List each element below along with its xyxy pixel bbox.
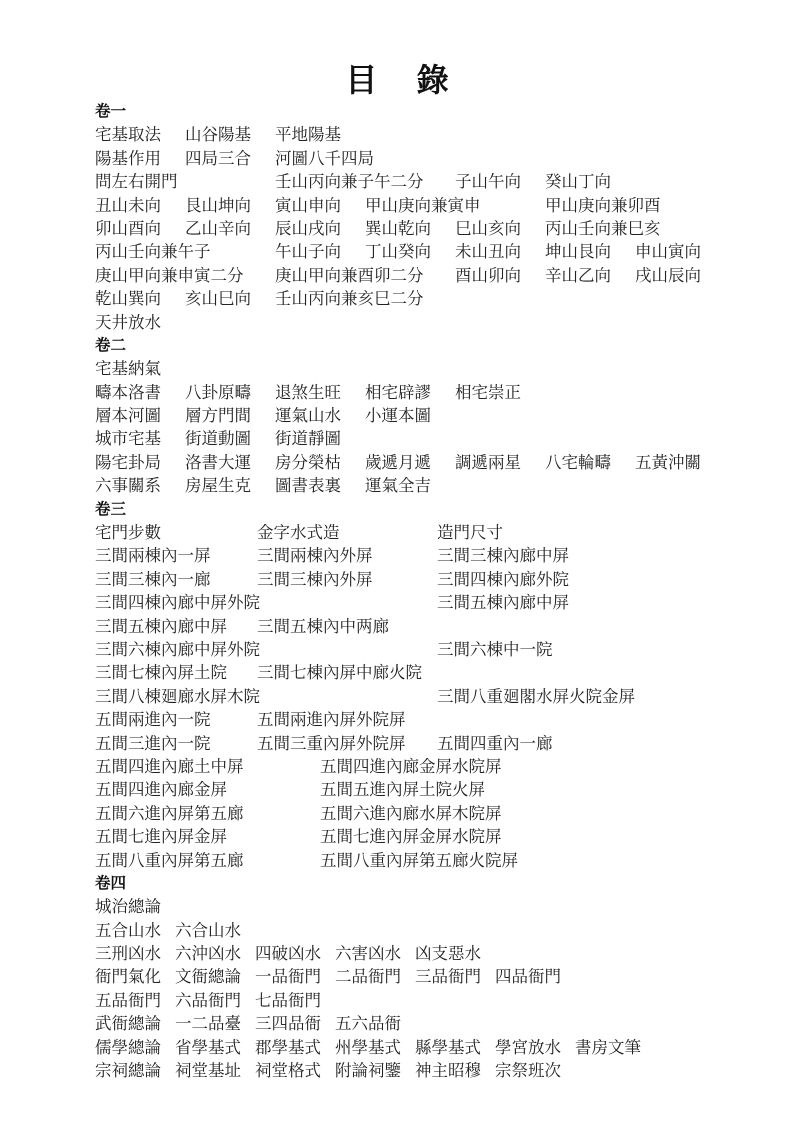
toc-entry: 五間四重內一廊 bbox=[437, 732, 553, 755]
toc-entry: 六沖凶水 bbox=[175, 942, 241, 965]
toc-line: 城市宅基街道動圖街道靜圖 bbox=[95, 427, 775, 450]
toc-entry: 相宅辟謬 bbox=[365, 381, 431, 404]
toc-entry: 亥山巳向 bbox=[185, 287, 251, 310]
toc-entry: 三間四棟內廊外院 bbox=[437, 568, 569, 591]
toc-entry: 六害凶水 bbox=[335, 942, 401, 965]
toc-entry: 六事關系 bbox=[95, 474, 161, 497]
toc-entry: 五間三進內一院 bbox=[95, 732, 211, 755]
toc-entry: 三四品衙 bbox=[255, 1012, 321, 1035]
toc-entry: 洛書大運 bbox=[185, 451, 251, 474]
toc-entry: 儒學總論 bbox=[95, 1036, 161, 1059]
toc-line: 陽宅卦局洛書大運房分榮枯歲遞月遞調遞兩星八宅輪疇五黃沖關 bbox=[95, 451, 775, 474]
toc-entry: 酉山卯向 bbox=[455, 264, 521, 287]
toc-line: 三間三棟內一廊三間三棟內外屏三間四棟內廊外院 bbox=[95, 568, 775, 591]
toc-entry: 宅門步數 bbox=[95, 521, 161, 544]
toc-line: 五間三進內一院五間三重內屏外院屏五間四重內一廊 bbox=[95, 732, 775, 755]
toc-entry: 八卦原疇 bbox=[185, 381, 251, 404]
toc-entry: 五間六進內廊水屏木院屏 bbox=[320, 802, 502, 825]
toc-entry: 三間五棟內廊中屏 bbox=[95, 615, 227, 638]
toc-line: 丑山未向艮山坤向寅山申向甲山庚向兼寅申甲山庚向兼卯酉 bbox=[95, 194, 775, 217]
toc-entry: 房屋生克 bbox=[185, 474, 251, 497]
toc-entry: 三間兩棟內外屏 bbox=[257, 544, 373, 567]
volume-heading: 卷四 bbox=[95, 872, 775, 895]
toc-entry: 造門尺寸 bbox=[437, 521, 503, 544]
toc-entry: 辛山乙向 bbox=[545, 264, 611, 287]
toc-entry: 申山寅向 bbox=[635, 240, 701, 263]
toc-entry: 卯山酉向 bbox=[95, 217, 161, 240]
volume-heading: 卷三 bbox=[95, 498, 775, 521]
toc-line: 武衙總論一二品臺三四品衙五六品衙 bbox=[95, 1012, 775, 1035]
toc-entry: 河圖八千四局 bbox=[275, 147, 374, 170]
toc-line: 五間兩進內一院五間兩進內屏外院屏 bbox=[95, 708, 775, 731]
toc-entry: 未山丑向 bbox=[455, 240, 521, 263]
toc-line: 五合山水六合山水 bbox=[95, 919, 775, 942]
toc-line: 丙山壬向兼午子午山子向丁山癸向未山丑向坤山艮向申山寅向 bbox=[95, 240, 775, 263]
toc-entry: 五間四進內廊金屏水院屏 bbox=[320, 755, 502, 778]
toc-entry: 四破凶水 bbox=[255, 942, 321, 965]
toc-entry: 庚山甲向兼酉卯二分 bbox=[275, 264, 424, 287]
toc-entry: 層本河圖 bbox=[95, 404, 161, 427]
toc-line: 宅基納氣 bbox=[95, 357, 775, 380]
toc-line: 乾山巽向亥山巳向壬山丙向兼亥巳二分 bbox=[95, 287, 775, 310]
toc-entry: 七品衙門 bbox=[255, 989, 321, 1012]
toc-entry: 山谷陽基 bbox=[185, 123, 251, 146]
toc-entry: 疇本洛書 bbox=[95, 381, 161, 404]
toc-entry: 天井放水 bbox=[95, 311, 161, 334]
toc-line: 三間八棟廻廊水屏木院三間八重廻閣水屏火院金屏 bbox=[95, 685, 775, 708]
toc-entry: 三間五棟內中两廊 bbox=[257, 615, 389, 638]
toc-entry: 五品衙門 bbox=[95, 989, 161, 1012]
toc-entry: 丁山癸向 bbox=[365, 240, 431, 263]
toc-entry: 五間四進內廊土中屏 bbox=[95, 755, 244, 778]
toc-line: 城治總論 bbox=[95, 895, 775, 918]
toc-entry: 巽山乾向 bbox=[365, 217, 431, 240]
page-title: 目 錄 bbox=[0, 58, 808, 102]
toc-entry: 丑山未向 bbox=[95, 194, 161, 217]
table-of-contents: 卷一宅基取法山谷陽基平地陽基陽基作用四局三合河圖八千四局問左右開門壬山丙向兼子午… bbox=[95, 100, 775, 1082]
toc-entry: 壬山丙向兼子午二分 bbox=[275, 170, 424, 193]
toc-entry: 三間三棟內外屏 bbox=[257, 568, 373, 591]
toc-entry: 衙門氣化 bbox=[95, 965, 161, 988]
toc-entry: 平地陽基 bbox=[275, 123, 341, 146]
toc-line: 衙門氣化文衙總論一品衙門二品衙門三品衙門四品衙門 bbox=[95, 965, 775, 988]
toc-entry: 相宅崇正 bbox=[455, 381, 521, 404]
toc-entry: 甲山庚向兼卯酉 bbox=[545, 194, 661, 217]
toc-entry: 乾山巽向 bbox=[95, 287, 161, 310]
toc-entry: 二品衙門 bbox=[335, 965, 401, 988]
toc-entry: 陽基作用 bbox=[95, 147, 161, 170]
toc-entry: 三間七棟內屏土院 bbox=[95, 661, 227, 684]
toc-line: 天井放水 bbox=[95, 311, 775, 334]
toc-entry: 三刑凶水 bbox=[95, 942, 161, 965]
toc-entry: 三間兩棟內一屏 bbox=[95, 544, 211, 567]
toc-entry: 書房文筆 bbox=[575, 1036, 641, 1059]
toc-entry: 神主昭穆 bbox=[415, 1059, 481, 1082]
toc-entry: 甲山庚向兼寅申 bbox=[365, 194, 481, 217]
toc-line: 三間六棟內廊中屏外院三間六棟中一院 bbox=[95, 638, 775, 661]
toc-entry: 五六品衙 bbox=[335, 1012, 401, 1035]
toc-entry: 運氣山水 bbox=[275, 404, 341, 427]
toc-line: 三間五棟內廊中屏三間五棟內中两廊 bbox=[95, 615, 775, 638]
toc-entry: 庚山甲向兼申寅二分 bbox=[95, 264, 244, 287]
toc-line: 五間七進內屏金屏五間七進內屏金屏水院屏 bbox=[95, 825, 775, 848]
toc-entry: 三間三棟內一廊 bbox=[95, 568, 211, 591]
toc-line: 五間四進內廊金屏五間五進內屏土院火屏 bbox=[95, 778, 775, 801]
toc-line: 疇本洛書八卦原疇退煞生旺相宅辟謬相宅崇正 bbox=[95, 381, 775, 404]
toc-line: 宅基取法山谷陽基平地陽基 bbox=[95, 123, 775, 146]
toc-entry: 宅基取法 bbox=[95, 123, 161, 146]
toc-entry: 五間七進內屏金屏 bbox=[95, 825, 227, 848]
toc-entry: 附論祠鑒 bbox=[335, 1059, 401, 1082]
toc-entry: 層方門間 bbox=[185, 404, 251, 427]
toc-entry: 圖書表裏 bbox=[275, 474, 341, 497]
toc-entry: 三品衙門 bbox=[415, 965, 481, 988]
toc-entry: 三間六棟內廊中屏外院 bbox=[95, 638, 260, 661]
toc-entry: 丙山壬向兼巳亥 bbox=[545, 217, 661, 240]
toc-entry: 五間四進內廊金屏 bbox=[95, 778, 227, 801]
toc-line: 儒學總論省學基式郡學基式州學基式縣學基式學宮放水書房文筆 bbox=[95, 1036, 775, 1059]
toc-line: 層本河圖層方門間運氣山水小運本圖 bbox=[95, 404, 775, 427]
toc-line: 問左右開門壬山丙向兼子午二分子山午向癸山丁向 bbox=[95, 170, 775, 193]
toc-entry: 三間四棟內廊中屏外院 bbox=[95, 591, 260, 614]
toc-entry: 調遞兩星 bbox=[455, 451, 521, 474]
toc-line: 陽基作用四局三合河圖八千四局 bbox=[95, 147, 775, 170]
toc-entry: 五間八重內屏第五廊 bbox=[95, 849, 244, 872]
toc-entry: 宅基納氣 bbox=[95, 357, 161, 380]
toc-entry: 凶支惡水 bbox=[415, 942, 481, 965]
toc-entry: 五間六進內屏第五廊 bbox=[95, 802, 244, 825]
toc-entry: 退煞生旺 bbox=[275, 381, 341, 404]
toc-entry: 三間三棟內廊中屏 bbox=[437, 544, 569, 567]
toc-line: 卯山酉向乙山辛向辰山戌向巽山乾向巳山亥向丙山壬向兼巳亥 bbox=[95, 217, 775, 240]
toc-entry: 寅山申向 bbox=[275, 194, 341, 217]
toc-entry: 五間三重內屏外院屏 bbox=[257, 732, 406, 755]
toc-entry: 武衙總論 bbox=[95, 1012, 161, 1035]
toc-entry: 艮山坤向 bbox=[185, 194, 251, 217]
toc-entry: 一品衙門 bbox=[255, 965, 321, 988]
volume-heading: 卷二 bbox=[95, 334, 775, 357]
toc-entry: 四品衙門 bbox=[495, 965, 561, 988]
toc-entry: 壬山丙向兼亥巳二分 bbox=[275, 287, 424, 310]
toc-entry: 巳山亥向 bbox=[455, 217, 521, 240]
toc-entry: 五間兩進內一院 bbox=[95, 708, 211, 731]
toc-entry: 學宮放水 bbox=[495, 1036, 561, 1059]
toc-entry: 五間五進內屏土院火屏 bbox=[320, 778, 485, 801]
toc-line: 三間七棟內屏土院三間七棟內屏中廊火院 bbox=[95, 661, 775, 684]
toc-entry: 歲遞月遞 bbox=[365, 451, 431, 474]
toc-line: 五間八重內屏第五廊五間八重內屏第五廊火院屏 bbox=[95, 849, 775, 872]
toc-entry: 五黃沖關 bbox=[635, 451, 701, 474]
toc-entry: 坤山艮向 bbox=[545, 240, 611, 263]
toc-entry: 五間七進內屏金屏水院屏 bbox=[320, 825, 502, 848]
toc-entry: 小運本圖 bbox=[365, 404, 431, 427]
toc-entry: 文衙總論 bbox=[175, 965, 241, 988]
toc-entry: 三間八棟廻廊水屏木院 bbox=[95, 685, 260, 708]
toc-entry: 金字水式造 bbox=[257, 521, 340, 544]
toc-entry: 祠堂基址 bbox=[175, 1059, 241, 1082]
toc-entry: 五合山水 bbox=[95, 919, 161, 942]
toc-entry: 運氣全吉 bbox=[365, 474, 431, 497]
toc-line: 六事關系房屋生克圖書表裏運氣全吉 bbox=[95, 474, 775, 497]
toc-line: 庚山甲向兼申寅二分庚山甲向兼酉卯二分酉山卯向辛山乙向戌山辰向 bbox=[95, 264, 775, 287]
toc-line: 宅門步數金字水式造造門尺寸 bbox=[95, 521, 775, 544]
toc-line: 三間兩棟內一屏三間兩棟內外屏三間三棟內廊中屏 bbox=[95, 544, 775, 567]
toc-line: 三刑凶水六沖凶水四破凶水六害凶水凶支惡水 bbox=[95, 942, 775, 965]
toc-entry: 省學基式 bbox=[175, 1036, 241, 1059]
toc-line: 五間六進內屏第五廊五間六進內廊水屏木院屏 bbox=[95, 802, 775, 825]
toc-line: 宗祠總論祠堂基址祠堂格式附論祠鑒神主昭穆宗祭班次 bbox=[95, 1059, 775, 1082]
toc-entry: 州學基式 bbox=[335, 1036, 401, 1059]
toc-entry: 八宅輪疇 bbox=[545, 451, 611, 474]
toc-entry: 街道動圖 bbox=[185, 427, 251, 450]
toc-entry: 郡學基式 bbox=[255, 1036, 321, 1059]
toc-entry: 縣學基式 bbox=[415, 1036, 481, 1059]
toc-entry: 三間六棟中一院 bbox=[437, 638, 553, 661]
toc-entry: 癸山丁向 bbox=[545, 170, 611, 193]
toc-entry: 問左右開門 bbox=[95, 170, 178, 193]
toc-entry: 城市宅基 bbox=[95, 427, 161, 450]
toc-entry: 五間八重內屏第五廊火院屏 bbox=[320, 849, 518, 872]
toc-entry: 丙山壬向兼午子 bbox=[95, 240, 211, 263]
toc-line: 五間四進內廊土中屏五間四進內廊金屏水院屏 bbox=[95, 755, 775, 778]
toc-entry: 辰山戌向 bbox=[275, 217, 341, 240]
toc-entry: 房分榮枯 bbox=[275, 451, 341, 474]
toc-entry: 六品衙門 bbox=[175, 989, 241, 1012]
toc-line: 五品衙門六品衙門七品衙門 bbox=[95, 989, 775, 1012]
toc-entry: 祠堂格式 bbox=[255, 1059, 321, 1082]
toc-entry: 戌山辰向 bbox=[635, 264, 701, 287]
toc-entry: 宗祠總論 bbox=[95, 1059, 161, 1082]
toc-entry: 城治總論 bbox=[95, 895, 161, 918]
toc-entry: 街道靜圖 bbox=[275, 427, 341, 450]
toc-entry: 宗祭班次 bbox=[495, 1059, 561, 1082]
toc-entry: 一二品臺 bbox=[175, 1012, 241, 1035]
toc-entry: 午山子向 bbox=[275, 240, 341, 263]
toc-entry: 四局三合 bbox=[185, 147, 251, 170]
toc-entry: 三間八重廻閣水屏火院金屏 bbox=[437, 685, 635, 708]
toc-entry: 陽宅卦局 bbox=[95, 451, 161, 474]
toc-entry: 三間七棟內屏中廊火院 bbox=[257, 661, 422, 684]
toc-entry: 子山午向 bbox=[455, 170, 521, 193]
toc-entry: 三間五棟內廊中屏 bbox=[437, 591, 569, 614]
toc-line: 三間四棟內廊中屏外院三間五棟內廊中屏 bbox=[95, 591, 775, 614]
toc-entry: 五間兩進內屏外院屏 bbox=[257, 708, 406, 731]
toc-entry: 乙山辛向 bbox=[185, 217, 251, 240]
volume-heading: 卷一 bbox=[95, 100, 775, 123]
toc-entry: 六合山水 bbox=[175, 919, 241, 942]
